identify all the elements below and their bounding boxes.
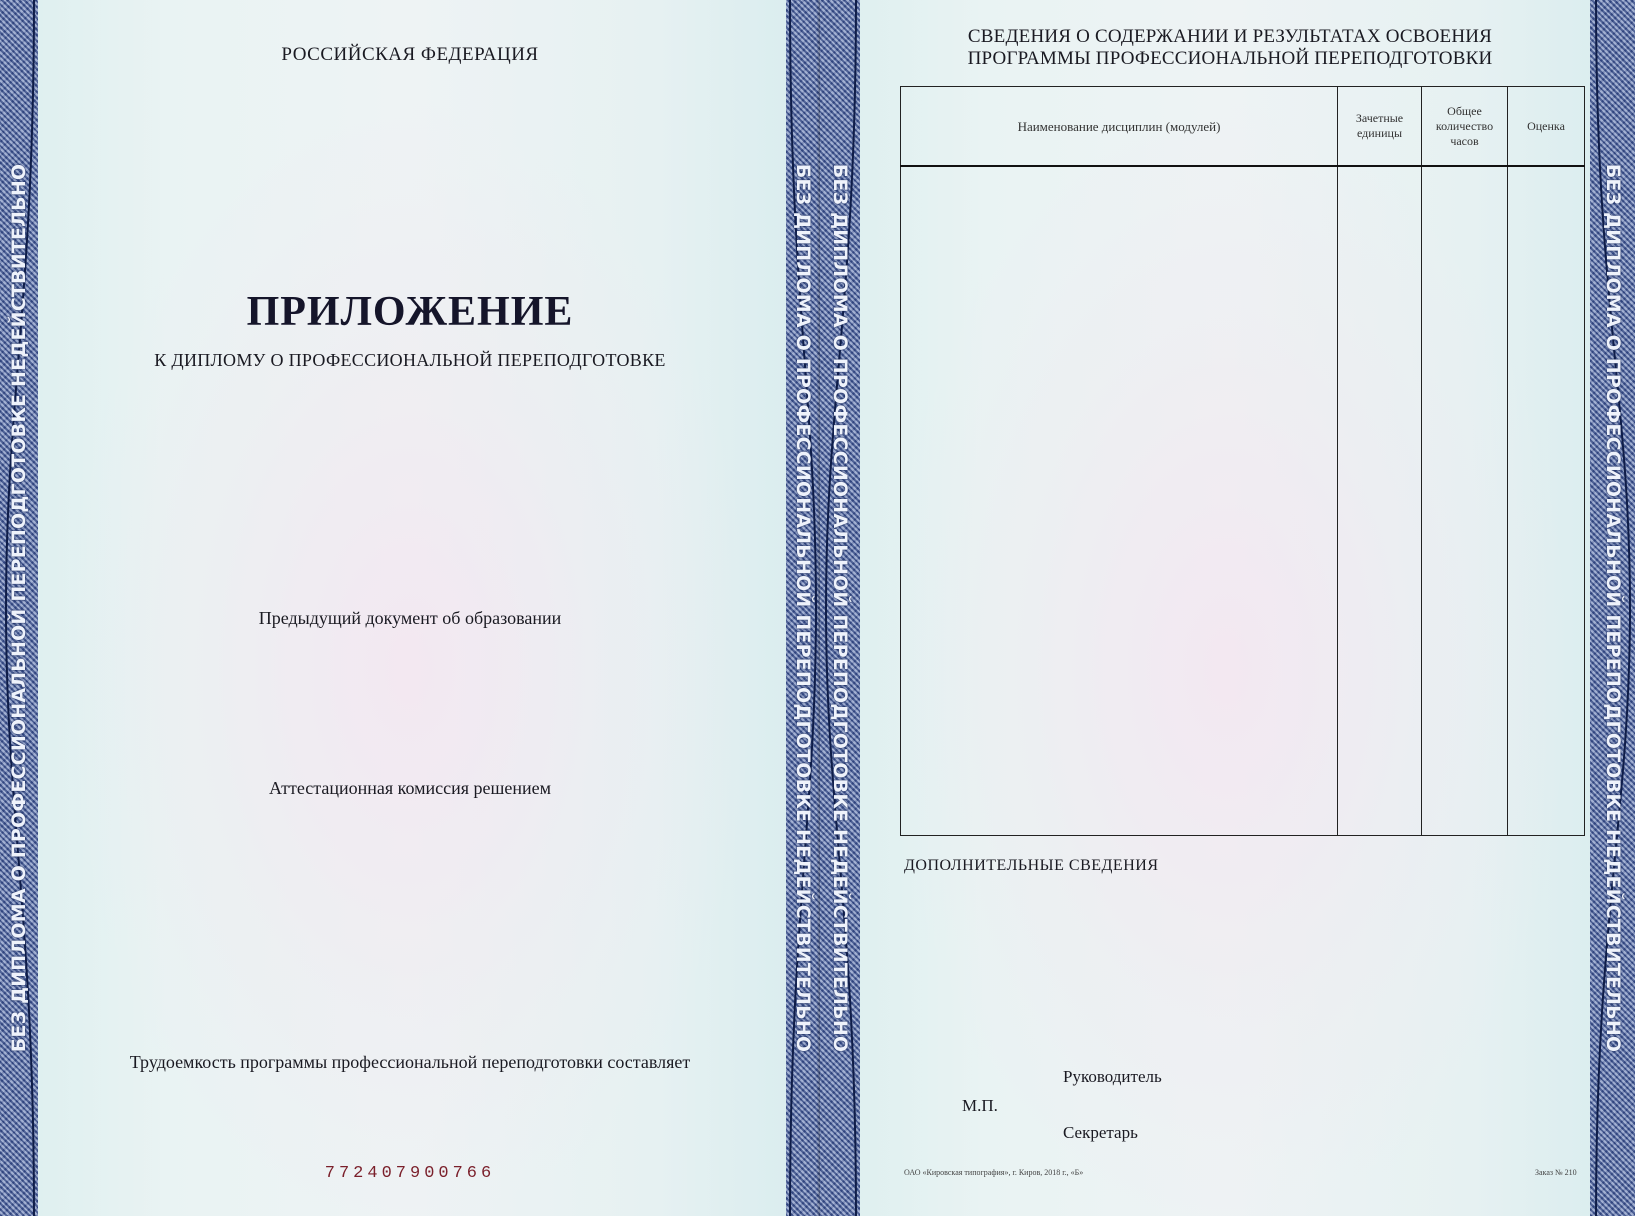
cell-discipline (901, 166, 1338, 836)
document-subtitle: К ДИПЛОМУ О ПРОФЕССИОНАЛЬНОЙ ПЕРЕПОДГОТО… (0, 350, 820, 371)
security-band-text: БЕЗ ДИПЛОМА О ПРОФЕССИОНАЛЬНОЙ ПЕРЕПОДГО… (1602, 164, 1624, 1053)
additional-info-label: ДОПОЛНИТЕЛЬНЫЕ СВЕДЕНИЯ (904, 857, 1158, 875)
document-title: ПРИЛОЖЕНИЕ (0, 288, 820, 336)
secretary-signature-label: Секретарь (1063, 1123, 1138, 1143)
column-header-discipline: Наименование дисциплин (модулей) (901, 87, 1338, 167)
attestation-label: Аттестационная комиссия решением (0, 778, 820, 799)
labor-intensity-label: Трудоемкость программы профессиональной … (0, 1052, 820, 1073)
table-row (901, 166, 1585, 836)
security-band-mid-right: БЕЗ ДИПЛОМА О ПРОФЕССИОНАЛЬНОЙ ПЕРЕПОДГО… (820, 0, 860, 1216)
grades-heading-line1: СВЕДЕНИЯ О СОДЕРЖАНИИ И РЕЗУЛЬТАТАХ ОСВО… (940, 26, 1520, 48)
stamp-place-label: М.П. (962, 1096, 998, 1116)
head-signature-label: Руководитель (1063, 1067, 1162, 1087)
table-header-row: Наименование дисциплин (модулей) Зачетны… (901, 87, 1585, 167)
printer-imprint: ОАО «Кировская типография», г. Киров, 20… (904, 1168, 1083, 1177)
security-band-text: БЕЗ ДИПЛОМА О ПРОФЕССИОНАЛЬНОЙ ПЕРЕПОДГО… (829, 164, 851, 1053)
grades-heading-line2: ПРОГРАММЫ ПРОФЕССИОНАЛЬНОЙ ПЕРЕПОДГОТОВК… (940, 48, 1520, 70)
grades-table: Наименование дисциплин (модулей) Зачетны… (900, 86, 1585, 836)
country-name: РОССИЙСКАЯ ФЕДЕРАЦИЯ (0, 44, 820, 66)
column-header-credits: Зачетные единицы (1338, 87, 1422, 167)
previous-document-label: Предыдущий документ об образовании (0, 608, 820, 629)
serial-number: 772407900766 (0, 1164, 820, 1183)
cell-grade (1508, 166, 1585, 836)
column-header-hours: Общее количество часов (1422, 87, 1508, 167)
cell-credits (1338, 166, 1422, 836)
cell-hours (1422, 166, 1508, 836)
grades-heading: СВЕДЕНИЯ О СОДЕРЖАНИИ И РЕЗУЛЬТАТАХ ОСВО… (940, 26, 1520, 70)
security-band-right: БЕЗ ДИПЛОМА О ПРОФЕССИОНАЛЬНОЙ ПЕРЕПОДГО… (1590, 0, 1635, 1216)
order-number: Заказ № 210 (1535, 1168, 1577, 1177)
column-header-grade: Оценка (1508, 87, 1585, 167)
